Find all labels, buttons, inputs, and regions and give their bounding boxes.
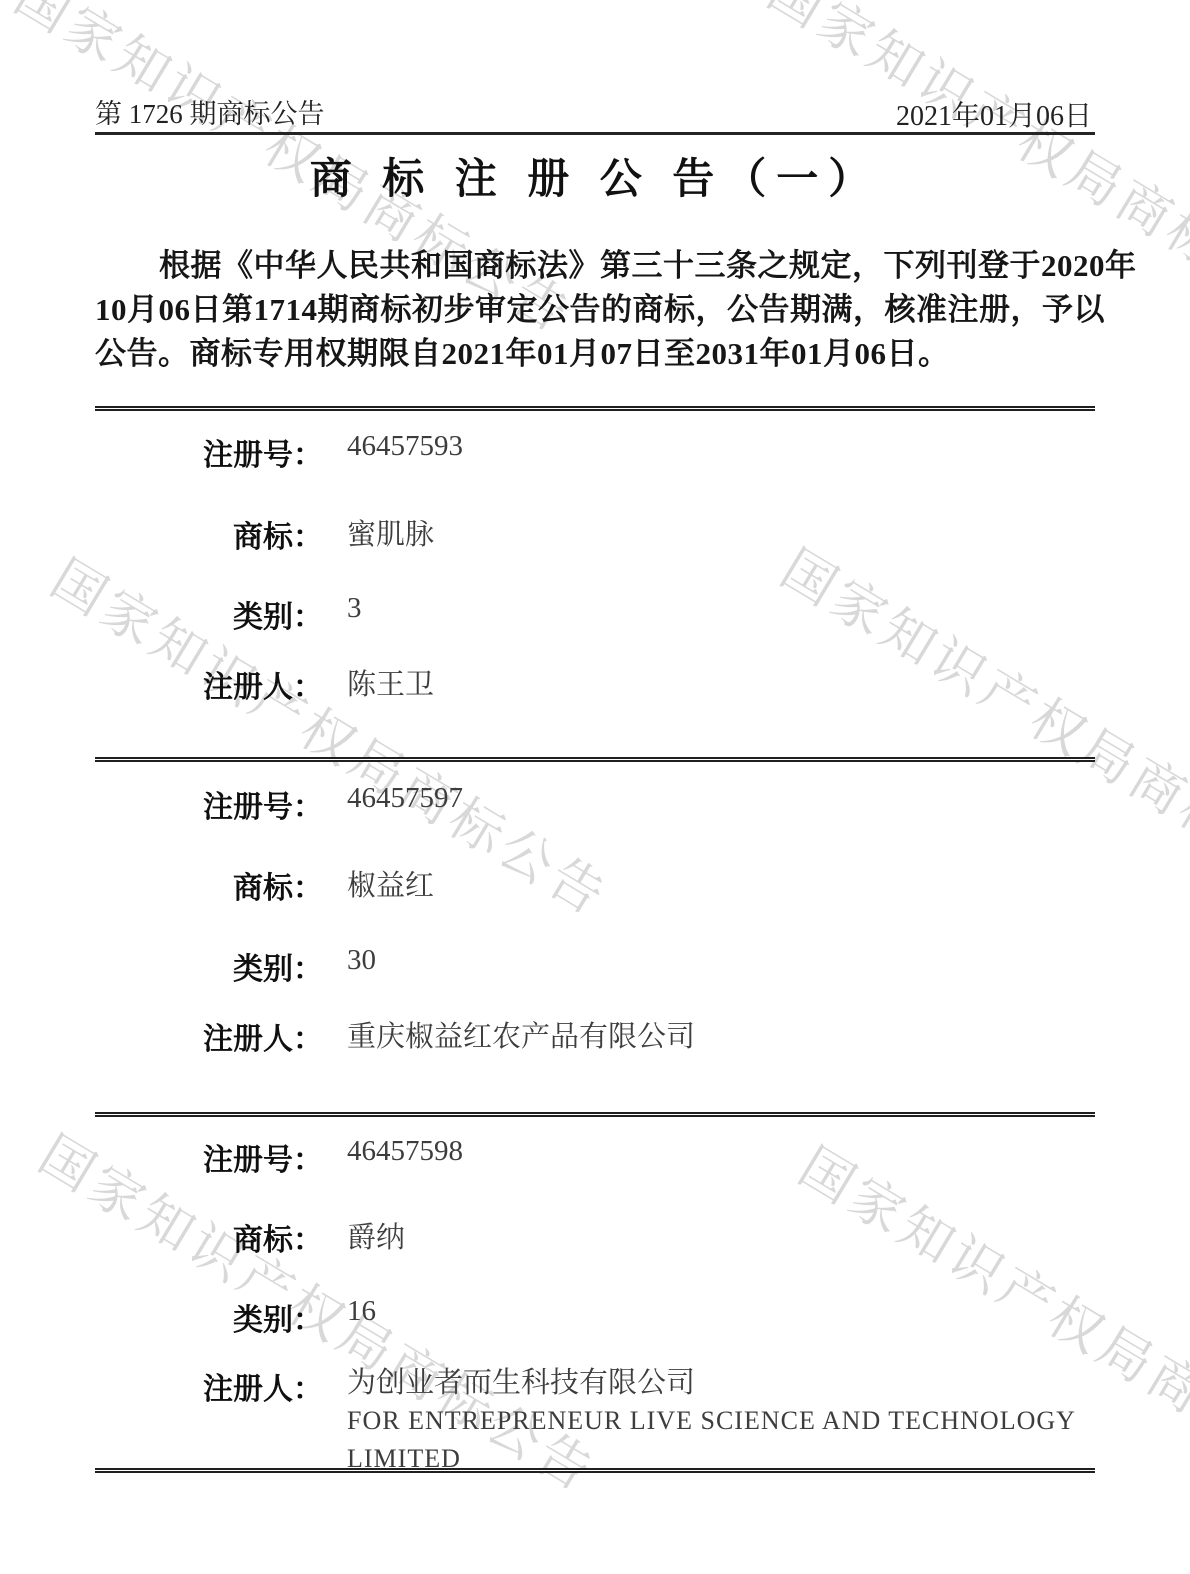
intro-paragraph-line: 10月06日第1714期商标初步审定公告的商标，公告期满，核准注册，予以 bbox=[95, 288, 1095, 332]
registrant-name-block: 为创业者而生科技有限公司FOR ENTREPRENEUR LIVE SCIENC… bbox=[347, 1364, 1076, 1478]
page-title: 商 标 注 册 公 告（一） bbox=[95, 146, 1095, 206]
registrant-name-cn: 为创业者而生科技有限公司 bbox=[347, 1364, 1076, 1402]
gazette-page: 国家知识产权局商标公告 国家知识产权局商标公告 国家知识产权局商标公告 国家知识… bbox=[0, 0, 1190, 1574]
field-row-category: 类别：30 bbox=[95, 944, 1095, 988]
field-row-trademark: 商标：爵纳 bbox=[95, 1215, 1095, 1259]
field-row-reg-no: 注册号：46457598 bbox=[95, 1135, 1095, 1179]
separator-line bbox=[95, 1112, 1095, 1117]
intro-paragraph-line: 公告。商标专用权期限自2021年01月07日至2031年01月06日。 bbox=[95, 332, 1095, 376]
separator-line bbox=[95, 757, 1095, 762]
field-label: 类别： bbox=[95, 1295, 323, 1339]
issue-number: 第 1726 期商标公告 bbox=[95, 92, 325, 131]
field-value: 46457597 bbox=[347, 782, 463, 815]
field-label: 商标： bbox=[95, 1215, 323, 1259]
registrant-name-en: FOR ENTREPRENEUR LIVE SCIENCE AND TECHNO… bbox=[347, 1402, 1076, 1440]
field-value: 椒益红 bbox=[347, 863, 434, 904]
field-label: 注册号： bbox=[95, 1135, 323, 1179]
field-label: 商标： bbox=[95, 863, 323, 907]
intro-paragraph-line: 根据《中华人民共和国商标法》第三十三条之规定，下列刊登于2020年 bbox=[95, 244, 1095, 288]
field-row-trademark: 商标：蜜肌脉 bbox=[95, 512, 1095, 556]
field-value: 蜜肌脉 bbox=[347, 512, 434, 553]
field-value: 46457593 bbox=[347, 430, 463, 463]
field-row-trademark: 商标：椒益红 bbox=[95, 863, 1095, 907]
field-label: 注册人： bbox=[95, 1014, 323, 1058]
field-value: 16 bbox=[347, 1295, 376, 1328]
field-row-registrant: 注册人：为创业者而生科技有限公司FOR ENTREPRENEUR LIVE SC… bbox=[95, 1364, 1095, 1478]
field-row-reg-no: 注册号：46457593 bbox=[95, 430, 1095, 474]
field-row-registrant: 注册人：陈王卫 bbox=[95, 662, 1095, 706]
field-label: 类别： bbox=[95, 944, 323, 988]
field-label: 注册号： bbox=[95, 782, 323, 826]
field-value: 3 bbox=[347, 592, 362, 625]
field-label: 类别： bbox=[95, 592, 323, 636]
separator-line bbox=[95, 1468, 1095, 1473]
field-value: 爵纳 bbox=[347, 1215, 405, 1256]
field-row-reg-no: 注册号：46457597 bbox=[95, 782, 1095, 826]
field-row-category: 类别：3 bbox=[95, 592, 1095, 636]
header-rule bbox=[95, 132, 1095, 135]
field-label: 商标： bbox=[95, 512, 323, 556]
field-value: 30 bbox=[347, 944, 376, 977]
field-row-category: 类别：16 bbox=[95, 1295, 1095, 1339]
field-value: 陈王卫 bbox=[347, 662, 434, 703]
publication-date: 2021年01月06日 bbox=[896, 94, 1092, 134]
field-label: 注册人： bbox=[95, 1364, 323, 1408]
field-value: 重庆椒益红农产品有限公司 bbox=[347, 1014, 695, 1055]
field-value: 46457598 bbox=[347, 1135, 463, 1168]
field-row-registrant: 注册人：重庆椒益红农产品有限公司 bbox=[95, 1014, 1095, 1058]
field-label: 注册人： bbox=[95, 662, 323, 706]
separator-line bbox=[95, 406, 1095, 411]
field-label: 注册号： bbox=[95, 430, 323, 474]
